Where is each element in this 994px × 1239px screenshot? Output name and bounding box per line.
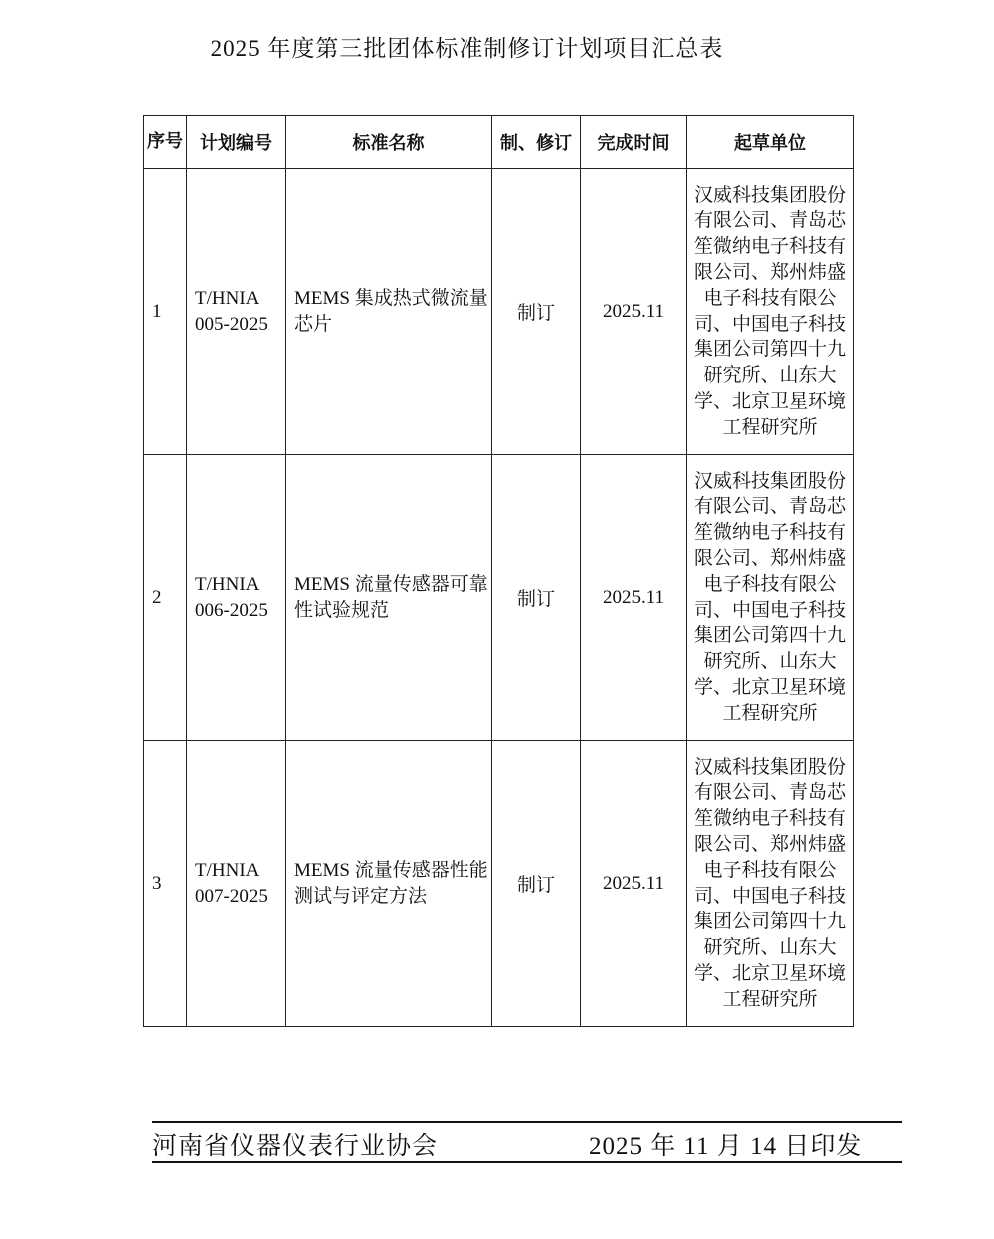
header-completion: 完成时间 (581, 116, 687, 169)
cell-type: 制订 (492, 741, 581, 1027)
cell-type: 制订 (492, 455, 581, 741)
issuance-footer: 河南省仪器仪表行业协会 2025 年 11 月 14 日印发 (152, 1121, 902, 1163)
cell-plan-code: T/HNIA007-2025 (187, 741, 286, 1027)
cell-seq: 1 (144, 169, 187, 455)
cell-standard-name: MEMS 流量传感器可靠性试验规范 (286, 455, 492, 741)
table-row: 2 T/HNIA006-2025 MEMS 流量传感器可靠性试验规范 制订 20… (144, 455, 854, 741)
standards-plan-table: 序号 计划编号 标准名称 制、修订 完成时间 起草单位 1 T/HNIA005-… (143, 115, 854, 1027)
cell-standard-name: MEMS 流量传感器性能测试与评定方法 (286, 741, 492, 1027)
header-seq: 序号 (144, 116, 187, 169)
table-row: 3 T/HNIA007-2025 MEMS 流量传感器性能测试与评定方法 制订 … (144, 741, 854, 1027)
table-row: 1 T/HNIA005-2025 MEMS 集成热式微流量芯片 制订 2025.… (144, 169, 854, 455)
document-title: 2025 年度第三批团体标准制修订计划项目汇总表 (0, 30, 934, 63)
header-standard-name: 标准名称 (286, 116, 492, 169)
cell-seq: 3 (144, 741, 187, 1027)
cell-drafting-units: 汉威科技集团股份有限公司、青岛芯笙微纳电子科技有限公司、郑州炜盛电子科技有限公司… (687, 741, 854, 1027)
header-drafting-units: 起草单位 (687, 116, 854, 169)
cell-seq: 2 (144, 455, 187, 741)
cell-drafting-units: 汉威科技集团股份有限公司、青岛芯笙微纳电子科技有限公司、郑州炜盛电子科技有限公司… (687, 169, 854, 455)
issuing-organization: 河南省仪器仪表行业协会 (152, 1126, 438, 1162)
cell-plan-code: T/HNIA005-2025 (187, 169, 286, 455)
cell-completion: 2025.11 (581, 455, 687, 741)
header-plan-code: 计划编号 (187, 116, 286, 169)
cell-standard-name: MEMS 集成热式微流量芯片 (286, 169, 492, 455)
issue-date: 2025 年 11 月 14 日印发 (589, 1126, 862, 1162)
cell-drafting-units: 汉威科技集团股份有限公司、青岛芯笙微纳电子科技有限公司、郑州炜盛电子科技有限公司… (687, 455, 854, 741)
cell-completion: 2025.11 (581, 169, 687, 455)
table-header-row: 序号 计划编号 标准名称 制、修订 完成时间 起草单位 (144, 116, 854, 169)
cell-plan-code: T/HNIA006-2025 (187, 455, 286, 741)
header-type: 制、修订 (492, 116, 581, 169)
cell-completion: 2025.11 (581, 741, 687, 1027)
cell-type: 制订 (492, 169, 581, 455)
